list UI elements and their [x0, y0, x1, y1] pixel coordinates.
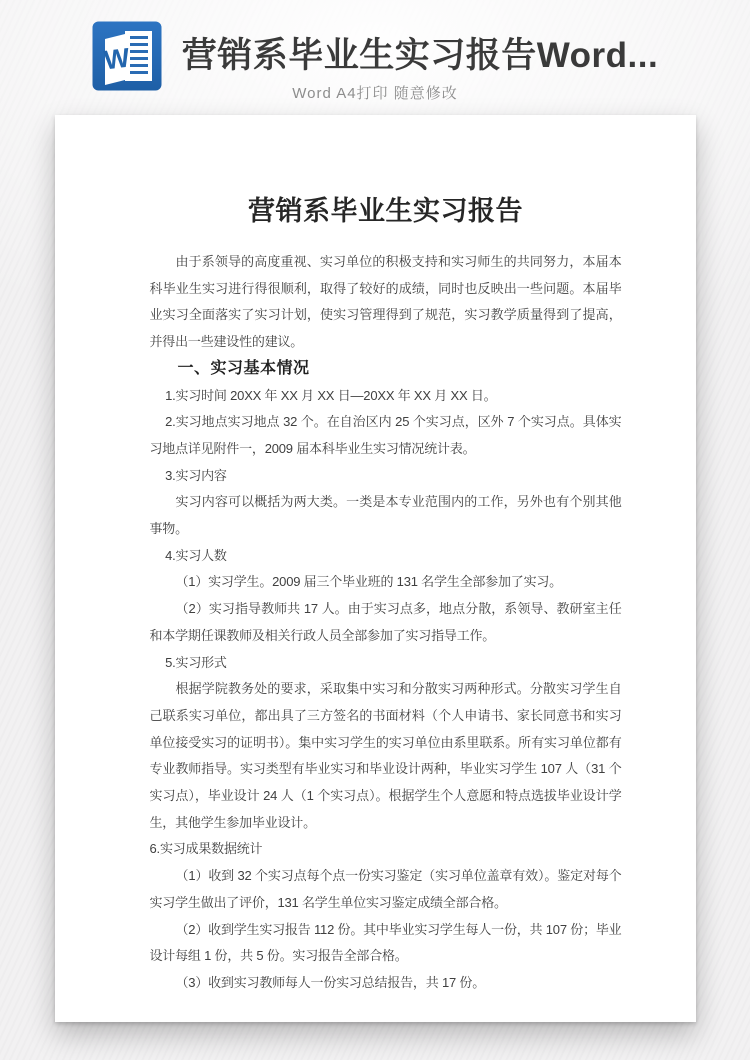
header-title-row: W 营销系毕业生实习报告Word... [0, 21, 750, 91]
word-icon: W [92, 21, 162, 91]
doc-paragraph: （2）收到学生实习报告 112 份。其中毕业实习学生每人一份，共 107 份；毕… [150, 917, 622, 970]
doc-paragraph: （1）收到 32 个实习点每个点一份实习鉴定（实习单位盖章有效）。鉴定对每个实习… [150, 863, 622, 916]
doc-paragraph: （1）实习学生。2009 届三个毕业班的 131 名学生全部参加了实习。 [150, 569, 622, 596]
doc-paragraph: 根据学院教务处的要求，采取集中实习和分散实习两种形式。分散实习学生自己联系实习单… [150, 676, 622, 836]
doc-paragraph: 由于系领导的高度重视、实习单位的积极支持和实习师生的共同努力，本届本科毕业生实习… [150, 249, 622, 356]
doc-paragraph: 1.实习时间 20XX 年 XX 月 XX 日—20XX 年 XX 月 XX 日… [150, 383, 622, 410]
word-icon-letter: W [102, 43, 131, 76]
doc-paragraph: （2）实习指导教师共 17 人。由于实习点多，地点分散，系领导、教研室主任和本学… [150, 596, 622, 649]
document-body: 由于系领导的高度重视、实习单位的积极支持和实习师生的共同努力，本届本科毕业生实习… [150, 249, 622, 997]
doc-paragraph: 2.实习地点实习地点 32 个。在自治区内 25 个实习点，区外 7 个实习点。… [150, 409, 622, 462]
document-title: 营销系毕业生实习报告 [150, 191, 622, 231]
doc-paragraph: 4.实习人数 [150, 543, 622, 570]
doc-paragraph: 6.实习成果数据统计 [150, 836, 622, 863]
preview-title: 营销系毕业生实习报告Word... [182, 35, 658, 77]
doc-paragraph: 5.实习形式 [150, 650, 622, 677]
doc-paragraph: 实习内容可以概括为两大类。一类是本专业范围内的工作，另外也有个别其他事物。 [150, 489, 622, 542]
doc-section-heading: 一、实习基本情况 [150, 356, 622, 383]
doc-paragraph: （3）收到实习教师每人一份实习总结报告，共 17 份。 [150, 970, 622, 997]
preview-header: W 营销系毕业生实习报告Word... Word A4打印 随意修改 [0, 0, 750, 103]
doc-paragraph: 3.实习内容 [150, 463, 622, 490]
document-page: 营销系毕业生实习报告 由于系领导的高度重视、实习单位的积极支持和实习师生的共同努… [55, 115, 696, 1022]
